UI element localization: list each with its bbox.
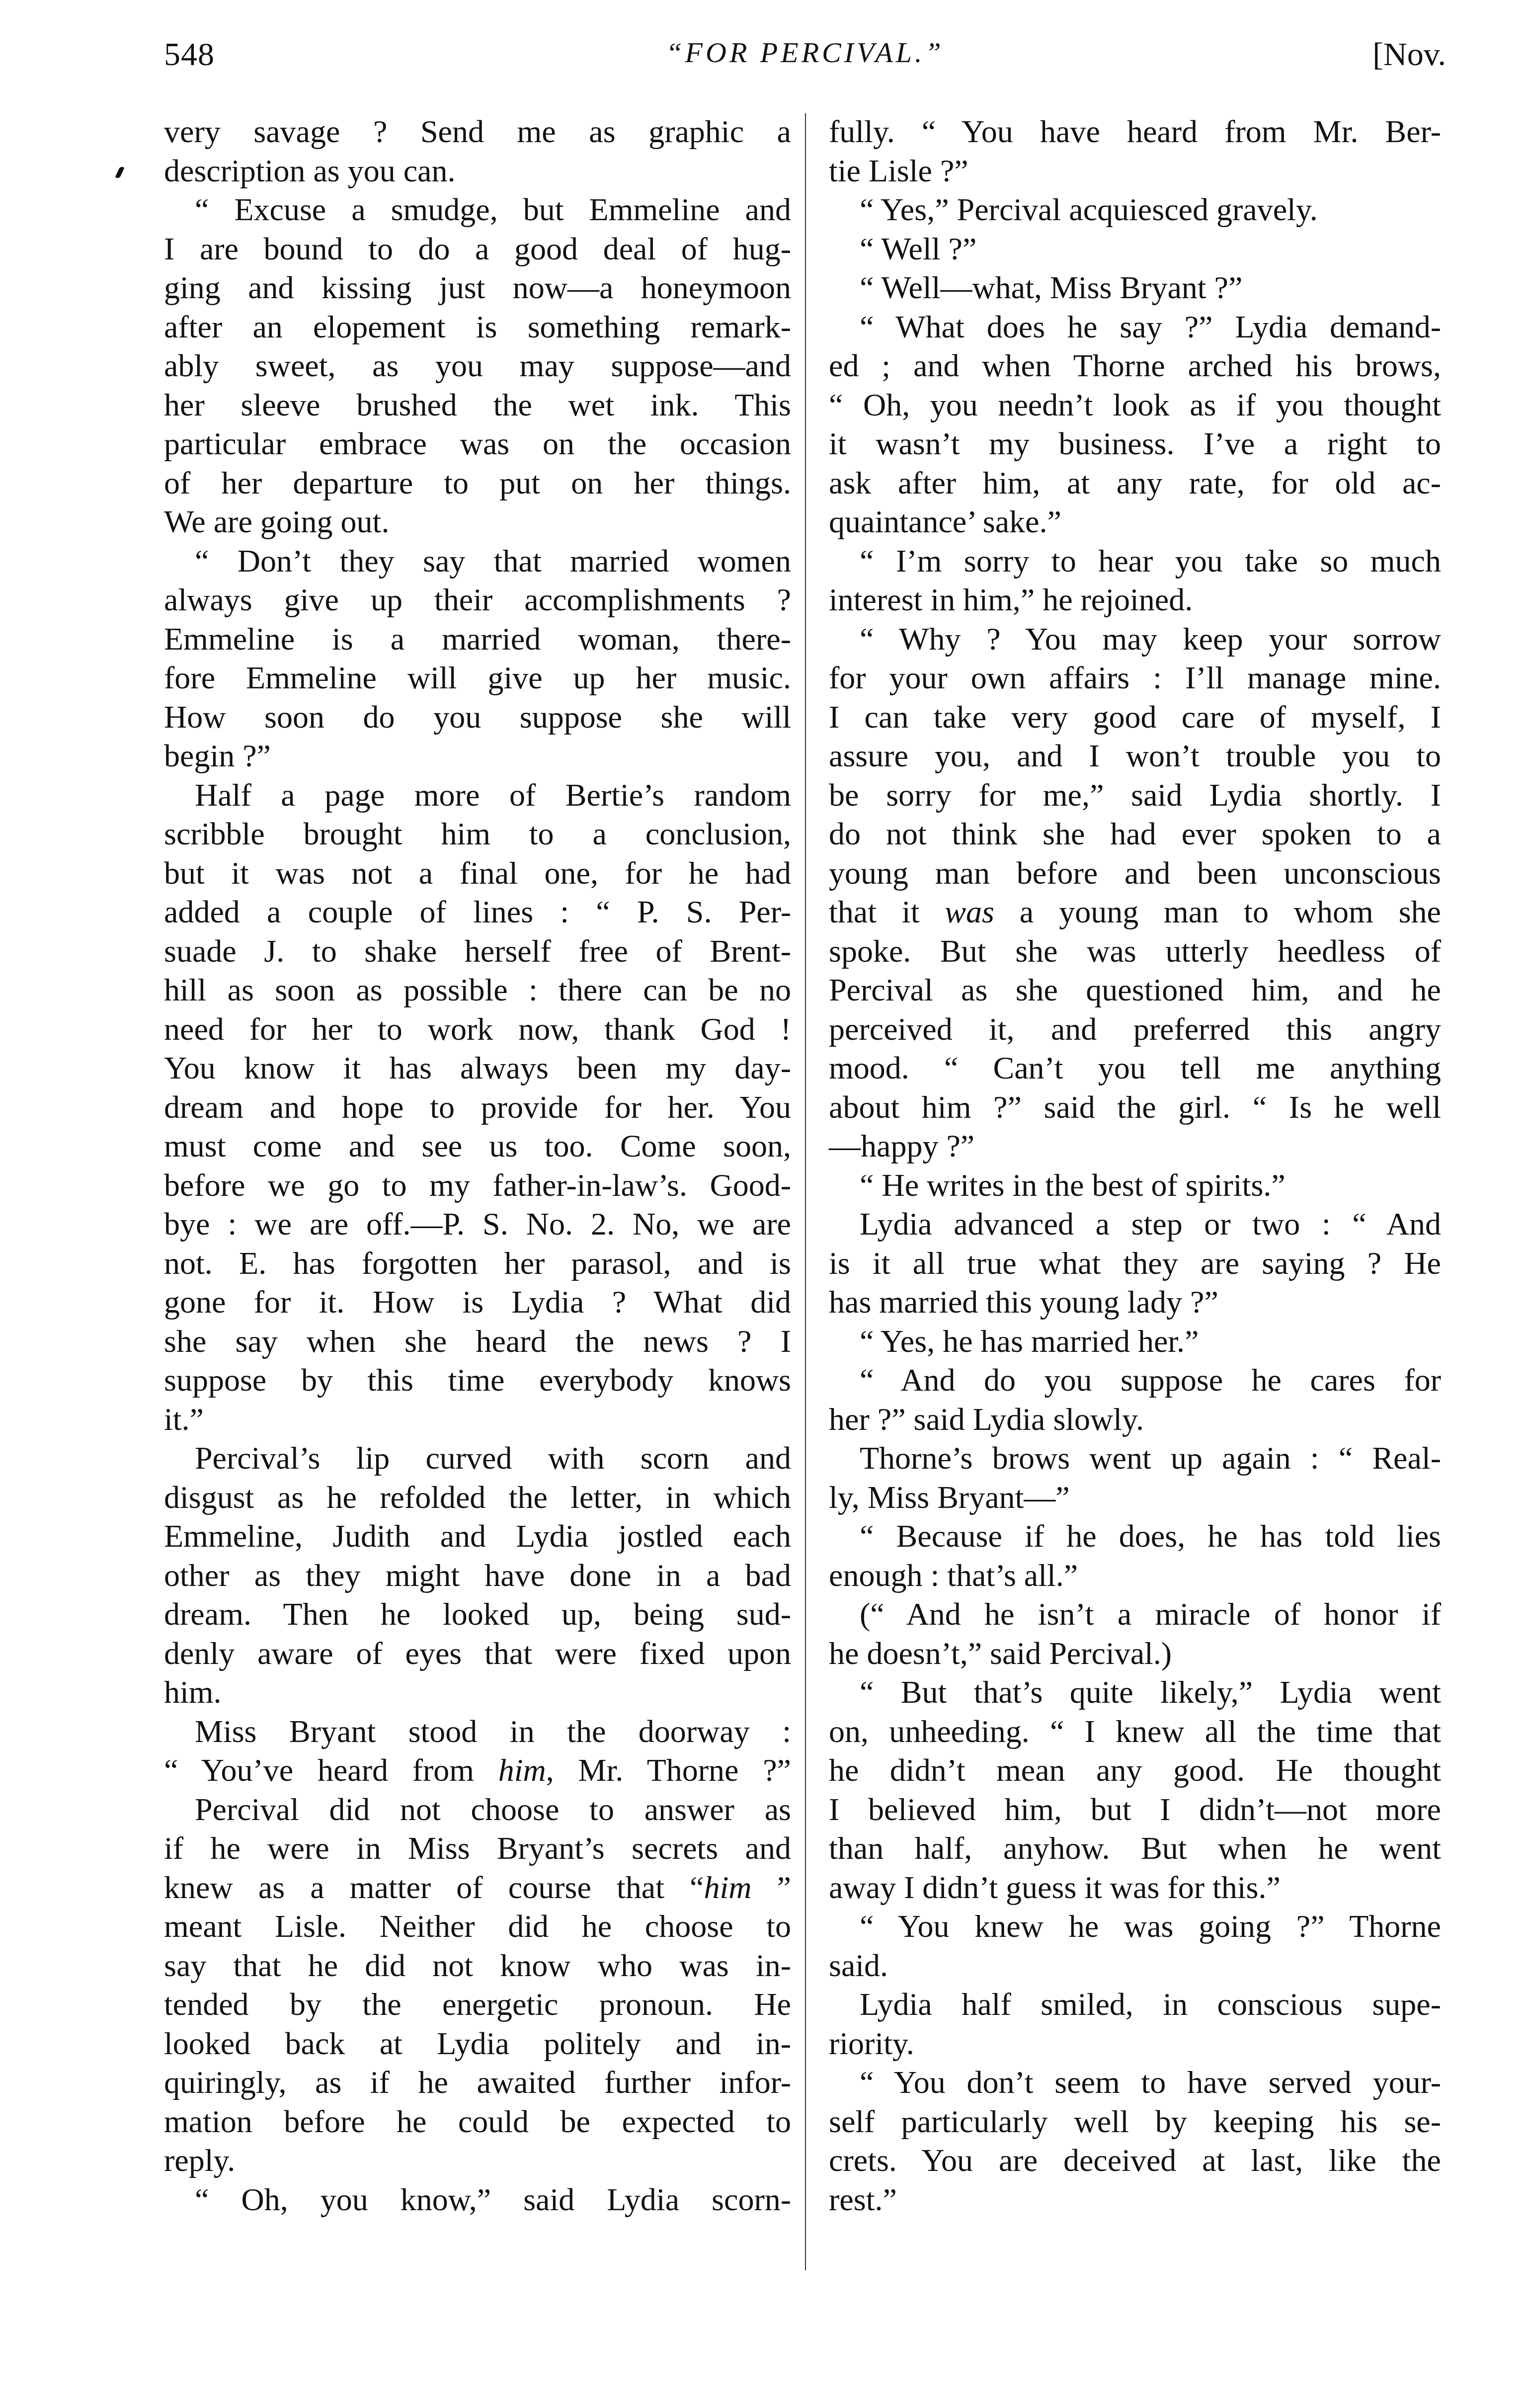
text-line: quaintance’ sake.”	[829, 502, 1441, 542]
text-run: knew as a matter of course that “	[164, 1870, 704, 1905]
text-line: if he were in Miss Bryant’s secrets and	[164, 1829, 791, 1868]
text-line: scribble brought him to a conclusion,	[164, 815, 791, 854]
text-line: not. E. has forgotten her parasol, and i…	[164, 1244, 791, 1283]
text-line: her sleeve brushed the wet ink. This	[164, 386, 791, 425]
running-header: 548 “FOR PERCIVAL.” [Nov.	[164, 36, 1446, 81]
text-line: “ Oh, you needn’t look as if you thought	[829, 386, 1441, 425]
text-line: always give up their accomplishments ?	[164, 581, 791, 620]
text-line: “ Excuse a smudge, but Emmeline and	[164, 190, 791, 230]
text-line: Percival did not choose to answer as	[164, 1790, 791, 1829]
text-line: I are bound to do a good deal of hug-	[164, 230, 791, 269]
text-line: Percival as she questioned him, and he	[829, 971, 1441, 1010]
text-line: ed ; and when Thorne arched his brows,	[829, 346, 1441, 386]
text-line: “ You’ve heard from him, Mr. Thorne ?”	[164, 1751, 791, 1790]
text-line: knew as a matter of course that “him ”	[164, 1868, 791, 1908]
text-line: fully. “ You have heard from Mr. Ber-	[829, 112, 1441, 152]
text-line: “ Why ? You may keep your sorrow	[829, 620, 1441, 659]
text-line: “ Yes,” Percival acquiesced gravely.	[829, 190, 1441, 230]
text-line: “ Don’t they say that married women	[164, 542, 791, 581]
text-line: ly, Miss Bryant—”	[829, 1478, 1441, 1517]
text-line: perceived it, and preferred this angry	[829, 1010, 1441, 1049]
text-line: begin ?”	[164, 737, 791, 776]
text-line: self particularly well by keeping his se…	[829, 2102, 1441, 2142]
text-line: particular embrace was on the occasion	[164, 424, 791, 464]
text-line: How soon do you suppose she will	[164, 698, 791, 737]
text-run: “ You’ve heard from	[164, 1752, 498, 1788]
text-line: description as you can.	[164, 152, 791, 191]
text-line: “ Well ?”	[829, 230, 1441, 269]
text-line: spoke. But she was utterly heedless of	[829, 932, 1441, 971]
text-line: for your own affairs : I’ll manage mine.	[829, 659, 1441, 698]
text-line: bye : we are off.—P. S. No. 2. No, we ar…	[164, 1205, 791, 1244]
text-line: it wasn’t my business. I’ve a right to	[829, 424, 1441, 464]
margin-ink-mark	[115, 167, 125, 178]
text-line: of her departure to put on her things.	[164, 464, 791, 503]
text-line: (“ And he isn’t a miracle of honor if	[829, 1595, 1441, 1634]
left-text-column: very savage ? Send me as graphic adescri…	[164, 112, 791, 2219]
text-line: that it was a young man to whom she	[829, 893, 1441, 932]
text-line: need for her to work now, thank God !	[164, 1010, 791, 1049]
text-line: “ And do you suppose he cares for	[829, 1361, 1441, 1400]
text-line: We are going out.	[164, 502, 791, 542]
text-line: Emmeline, Judith and Lydia jostled each	[164, 1517, 791, 1556]
text-line: than half, anyhow. But when he went	[829, 1829, 1441, 1868]
text-line: do not think she had ever spoken to a	[829, 815, 1441, 854]
text-line: You know it has always been my day-	[164, 1049, 791, 1088]
text-line: say that he did not know who was in-	[164, 1946, 791, 1986]
text-line: “ Because if he does, he has told lies	[829, 1517, 1441, 1556]
text-line: but it was not a final one, for he had	[164, 854, 791, 893]
text-line: suade J. to shake herself free of Brent-	[164, 932, 791, 971]
text-line: about him ?” said the girl. “ Is he well	[829, 1088, 1441, 1127]
text-line: said.	[829, 1946, 1441, 1986]
text-line: “ I’m sorry to hear you take so much	[829, 542, 1441, 581]
text-line: very savage ? Send me as graphic a	[164, 112, 791, 152]
text-line: assure you, and I won’t trouble you to	[829, 737, 1441, 776]
text-line: disgust as he refolded the letter, in wh…	[164, 1478, 791, 1517]
text-line: “ But that’s quite likely,” Lydia went	[829, 1673, 1441, 1712]
text-run: that it	[829, 894, 945, 929]
text-line: looked back at Lydia politely and in-	[164, 2024, 791, 2064]
text-line: “ Well—what, Miss Bryant ?”	[829, 268, 1441, 308]
text-line: Lydia advanced a step or two : “ And	[829, 1205, 1441, 1244]
text-line: other as they might have done in a bad	[164, 1556, 791, 1595]
text-line: enough : that’s all.”	[829, 1556, 1441, 1595]
text-line: dream. Then he looked up, being sud-	[164, 1595, 791, 1634]
text-line: “ You knew he was going ?” Thorne	[829, 1907, 1441, 1946]
text-line: has married this young lady ?”	[829, 1283, 1441, 1322]
text-line: tended by the energetic pronoun. He	[164, 1985, 791, 2024]
text-line: “ You don’t seem to have served your-	[829, 2063, 1441, 2102]
text-line: denly aware of eyes that were fixed upon	[164, 1634, 791, 1673]
text-line: Miss Bryant stood in the doorway :	[164, 1712, 791, 1751]
italic-emphasis: him	[704, 1870, 751, 1905]
text-line: “ He writes in the best of spirits.”	[829, 1166, 1441, 1205]
text-line: meant Lisle. Neither did he choose to	[164, 1907, 791, 1946]
text-line: ably sweet, as you may suppose—and	[164, 346, 791, 386]
text-line: him.	[164, 1673, 791, 1712]
text-line: he didn’t mean any good. He thought	[829, 1751, 1441, 1790]
text-line: tie Lisle ?”	[829, 152, 1441, 191]
text-line: ask after him, at any rate, for old ac-	[829, 464, 1441, 503]
text-line: riority.	[829, 2024, 1441, 2064]
text-line: quiringly, as if he awaited further info…	[164, 2063, 791, 2102]
text-line: fore Emmeline will give up her music.	[164, 659, 791, 698]
column-divider	[805, 113, 806, 2270]
text-line: Lydia half smiled, in conscious supe-	[829, 1985, 1441, 2024]
text-line: dream and hope to provide for her. You	[164, 1088, 791, 1127]
text-line: on, unheeding. “ I knew all the time tha…	[829, 1712, 1441, 1751]
text-line: Emmeline is a married woman, there-	[164, 620, 791, 659]
text-line: I can take very good care of myself, I	[829, 698, 1441, 737]
text-line: reply.	[164, 2141, 791, 2180]
text-line: “ What does he say ?” Lydia demand-	[829, 308, 1441, 347]
text-line: rest.”	[829, 2180, 1441, 2220]
text-line: she say when she heard the news ? I	[164, 1322, 791, 1361]
text-line: Thorne’s brows went up again : “ Real-	[829, 1439, 1441, 1478]
text-line: it.”	[164, 1400, 791, 1439]
text-line: hill as soon as possible : there can be …	[164, 971, 791, 1010]
text-run: a young man to whom she	[994, 894, 1441, 929]
italic-emphasis: him	[498, 1752, 546, 1788]
text-line: mood. “ Can’t you tell me anything	[829, 1049, 1441, 1088]
italic-emphasis: was	[945, 894, 994, 929]
text-line: added a couple of lines : “ P. S. Per-	[164, 893, 791, 932]
text-line: be sorry for me,” said Lydia shortly. I	[829, 776, 1441, 815]
text-line: mation before he could be expected to	[164, 2102, 791, 2142]
text-run: ”	[751, 1870, 791, 1905]
text-line: after an elopement is something remark-	[164, 308, 791, 347]
text-line: ging and kissing just now—a honeymoon	[164, 268, 791, 308]
text-line: crets. You are deceived at last, like th…	[829, 2141, 1441, 2180]
text-line: Percival’s lip curved with scorn and	[164, 1439, 791, 1478]
text-line: must come and see us too. Come soon,	[164, 1127, 791, 1166]
running-title: “FOR PERCIVAL.”	[164, 36, 1446, 69]
text-run: , Mr. Thorne ?”	[546, 1752, 791, 1788]
issue-month: [Nov.	[1372, 36, 1446, 74]
text-line: suppose by this time everybody knows	[164, 1361, 791, 1400]
text-line: interest in him,” he rejoined.	[829, 581, 1441, 620]
text-line: young man before and been unconscious	[829, 854, 1441, 893]
text-line: before we go to my father-in-law’s. Good…	[164, 1166, 791, 1205]
right-text-column: fully. “ You have heard from Mr. Ber-tie…	[829, 112, 1441, 2219]
text-line: —happy ?”	[829, 1127, 1441, 1166]
text-line: “ Oh, you know,” said Lydia scorn-	[164, 2180, 791, 2220]
text-line: away I didn’t guess it was for this.”	[829, 1868, 1441, 1908]
text-line: is it all true what they are saying ? He	[829, 1244, 1441, 1283]
text-line: “ Yes, he has married her.”	[829, 1322, 1441, 1361]
text-line: her ?” said Lydia slowly.	[829, 1400, 1441, 1439]
text-line: Half a page more of Bertie’s random	[164, 776, 791, 815]
text-line: he doesn’t,” said Percival.)	[829, 1634, 1441, 1673]
text-line: I believed him, but I didn’t—not more	[829, 1790, 1441, 1829]
text-line: gone for it. How is Lydia ? What did	[164, 1283, 791, 1322]
